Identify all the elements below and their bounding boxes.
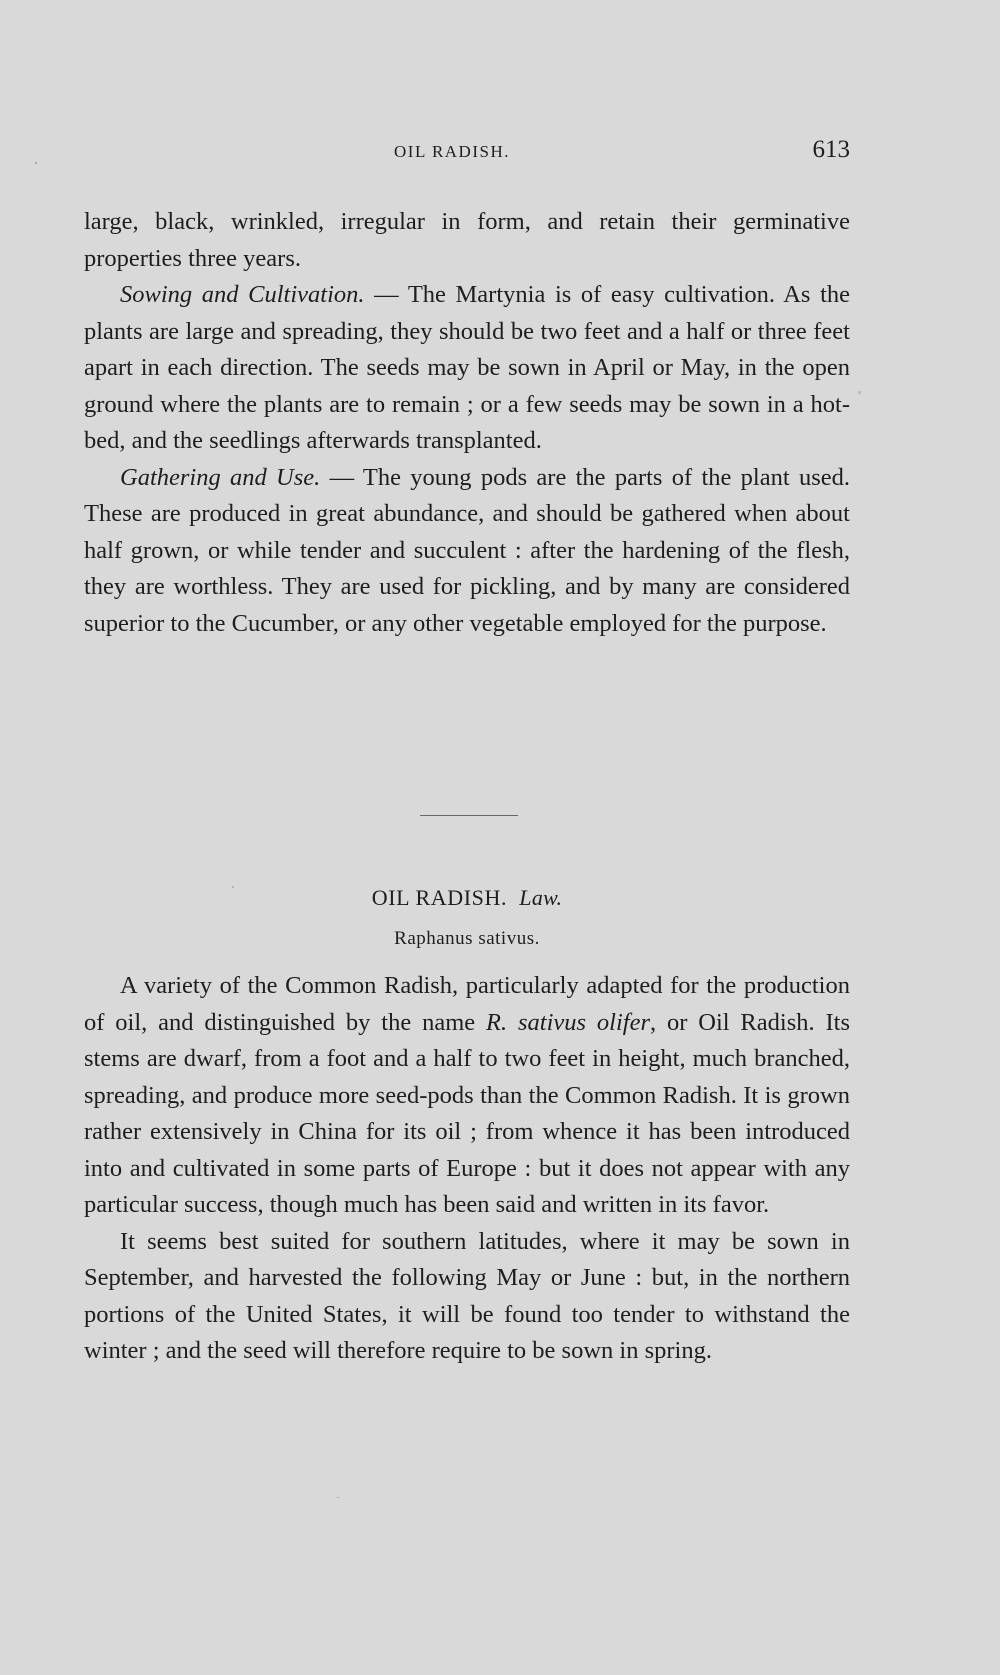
running-title: OIL RADISH.: [394, 142, 510, 162]
text-after-italic: , or Oil Radish. Its stems are dwarf, fr…: [84, 1009, 850, 1219]
paragraph-oil-radish-description: A variety of the Common Radish, particul…: [84, 968, 850, 1224]
section-title: OIL RADISH. Law.: [84, 885, 850, 911]
scan-speck: [858, 391, 861, 394]
sowing-heading: Sowing and Cultivation.: [120, 281, 365, 308]
section-divider: [420, 815, 518, 816]
martynia-continued-section: large, black, wrinkled, irregular in for…: [84, 204, 850, 642]
section-title-name: OIL RADISH.: [372, 885, 507, 910]
paragraph-seed-description: large, black, wrinkled, irregular in for…: [84, 204, 850, 277]
running-head: OIL RADISH. 613: [84, 136, 850, 166]
scan-speck: [336, 1497, 340, 1498]
species-name-italic: R. sativus olifer: [486, 1009, 650, 1036]
page-number: 613: [813, 136, 851, 164]
oil-radish-section: A variety of the Common Radish, particul…: [84, 968, 850, 1370]
gathering-heading: Gathering and Use.: [120, 464, 320, 491]
paragraph-sowing-cultivation: Sowing and Cultivation. — The Martynia i…: [84, 277, 850, 460]
scan-speck: [35, 162, 37, 164]
section-title-authority: Law.: [519, 885, 562, 910]
latin-name: Raphanus sativus.: [84, 928, 850, 950]
paragraph-gathering-use: Gathering and Use. — The young pods are …: [84, 460, 850, 643]
paragraph-oil-radish-cultivation: It seems best suited for southern latitu…: [84, 1224, 850, 1370]
